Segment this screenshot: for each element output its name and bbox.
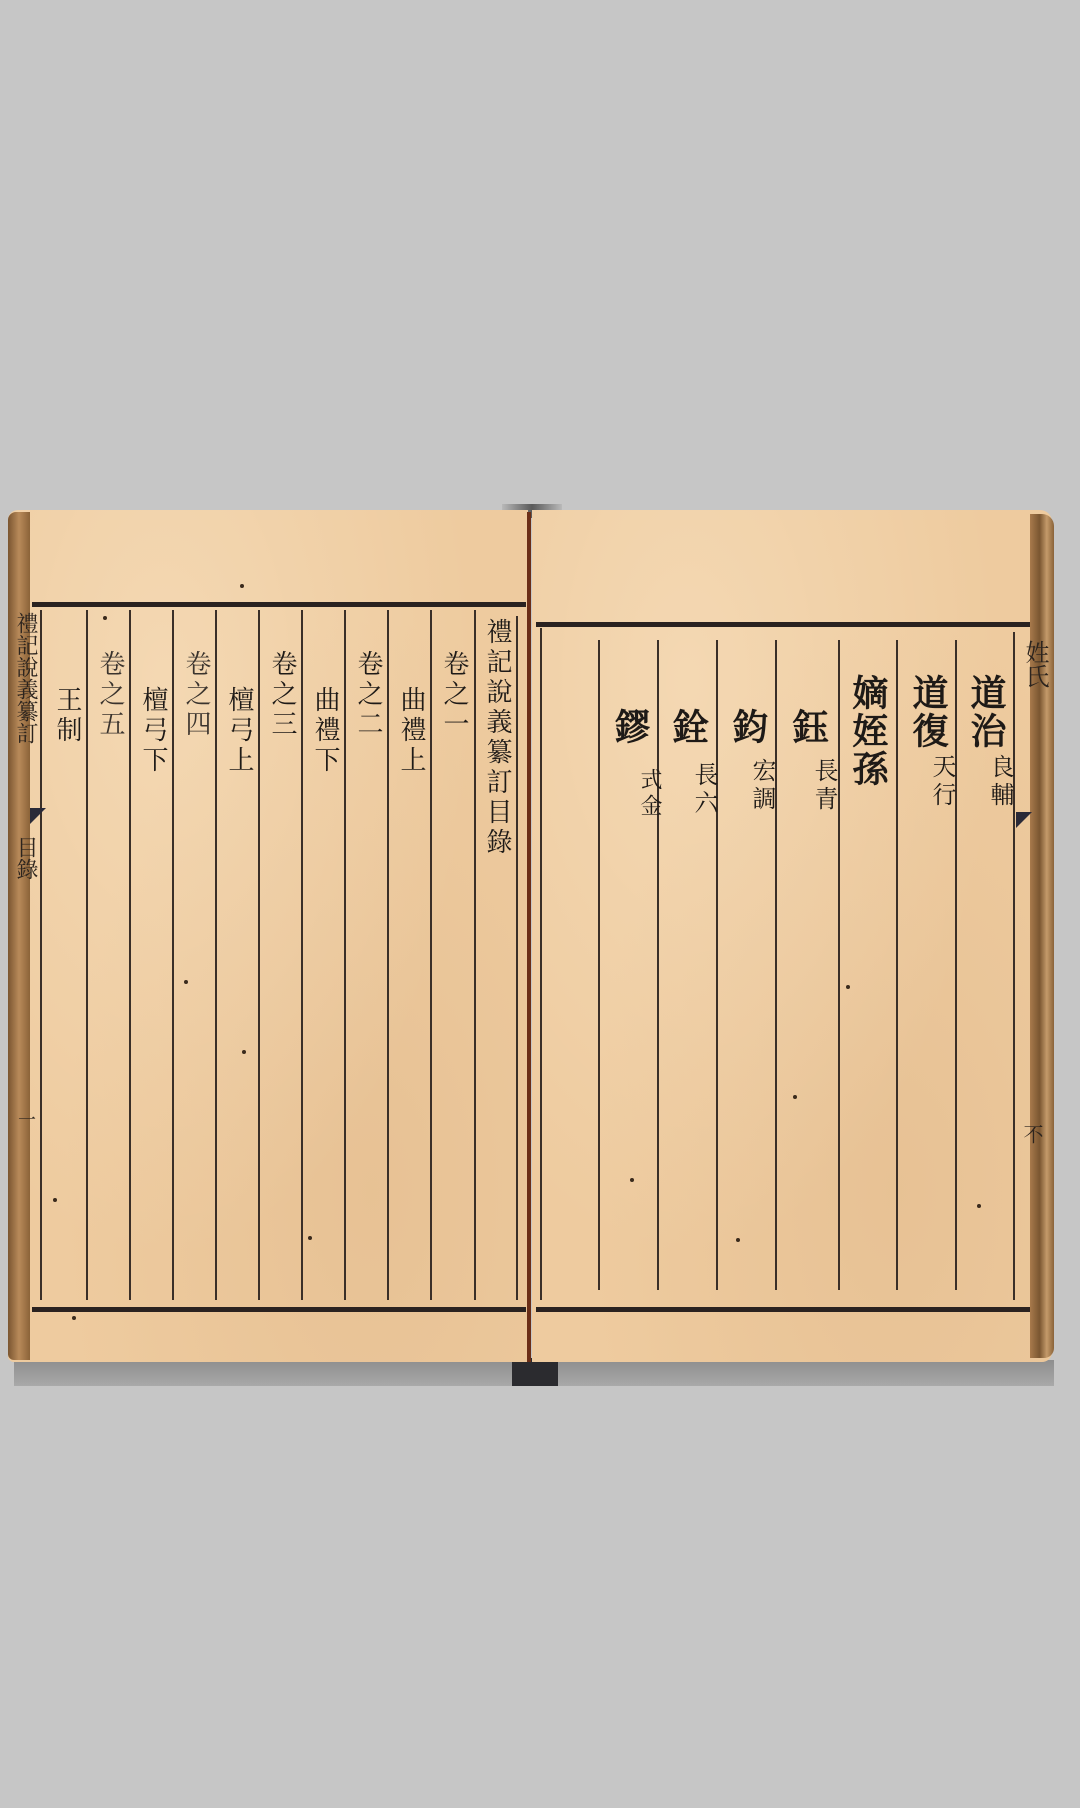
name-entry: 鈺 (790, 708, 826, 746)
left-right-border-rule (516, 616, 518, 1300)
column-rule (258, 610, 260, 1300)
column-rule (598, 640, 600, 1290)
gutter-shadow-bottom (512, 1358, 558, 1386)
column-rule (387, 610, 389, 1300)
name-entry: 道治 (968, 674, 1004, 750)
paper-speck (977, 1204, 981, 1208)
courtesy-name: 長青 (812, 758, 836, 814)
paper-speck (103, 616, 107, 620)
toc-chapter: 曲禮上 (398, 686, 424, 776)
column-rule (775, 640, 777, 1290)
toc-volume: 卷之二 (355, 650, 381, 740)
column-rule (955, 640, 957, 1290)
paper-speck (72, 1316, 76, 1320)
paper-speck (793, 1095, 797, 1099)
name-entry: 鏐 (612, 708, 648, 746)
left-margin-section: 目錄 (10, 836, 41, 880)
toc-chapter: 檀弓下 (140, 686, 166, 776)
name-entry: 銓 (670, 708, 706, 746)
paper-speck (240, 584, 244, 588)
column-rule (215, 610, 217, 1300)
column-rule (657, 640, 659, 1290)
paper-speck (184, 980, 188, 984)
toc-volume: 卷之一 (441, 650, 467, 740)
courtesy-name: 宏調 (750, 758, 774, 814)
column-rule (86, 610, 88, 1300)
left-margin-book-title: 禮記說義纂訂 (10, 612, 41, 744)
column-rule (129, 610, 131, 1300)
paper-speck (53, 1198, 57, 1202)
column-rule (838, 640, 840, 1290)
column-rule (301, 610, 303, 1300)
courtesy-name: 式金 (638, 768, 660, 820)
paper-speck (630, 1178, 634, 1182)
paper-speck (736, 1238, 740, 1242)
name-entry: 道復 (910, 674, 946, 750)
toc-volume: 卷之四 (183, 650, 209, 740)
right-margin-rule (1013, 632, 1015, 1300)
paper-speck (242, 1050, 246, 1054)
toc-chapter: 王制 (54, 686, 80, 746)
column-rule (896, 640, 898, 1290)
book-spine (527, 512, 531, 1362)
toc-chapter: 檀弓上 (226, 686, 252, 776)
courtesy-name: 長六 (692, 762, 716, 818)
courtesy-name: 良輔 (988, 754, 1012, 810)
name-entry: 鈞 (730, 708, 766, 746)
left-margin-page-number: 一 (12, 1110, 38, 1128)
name-entry: 嫡姪孫 (850, 674, 886, 788)
column-rule (716, 640, 718, 1290)
toc-volume: 卷之三 (269, 650, 295, 740)
paper-speck (308, 1236, 312, 1240)
paper-speck (846, 985, 850, 989)
toc-chapter: 曲禮下 (312, 686, 338, 776)
column-rule (430, 610, 432, 1300)
column-rule (474, 610, 476, 1300)
right-margin-page-number: 不 (1018, 1124, 1047, 1144)
toc-volume: 卷之五 (97, 650, 123, 740)
courtesy-name: 天行 (930, 754, 954, 810)
column-rule (344, 610, 346, 1300)
column-rule (172, 610, 174, 1300)
toc-title: 禮記說義纂訂目錄 (484, 618, 510, 858)
right-left-border-rule (540, 628, 542, 1300)
right-margin-header: 姓氏 (1018, 640, 1053, 688)
